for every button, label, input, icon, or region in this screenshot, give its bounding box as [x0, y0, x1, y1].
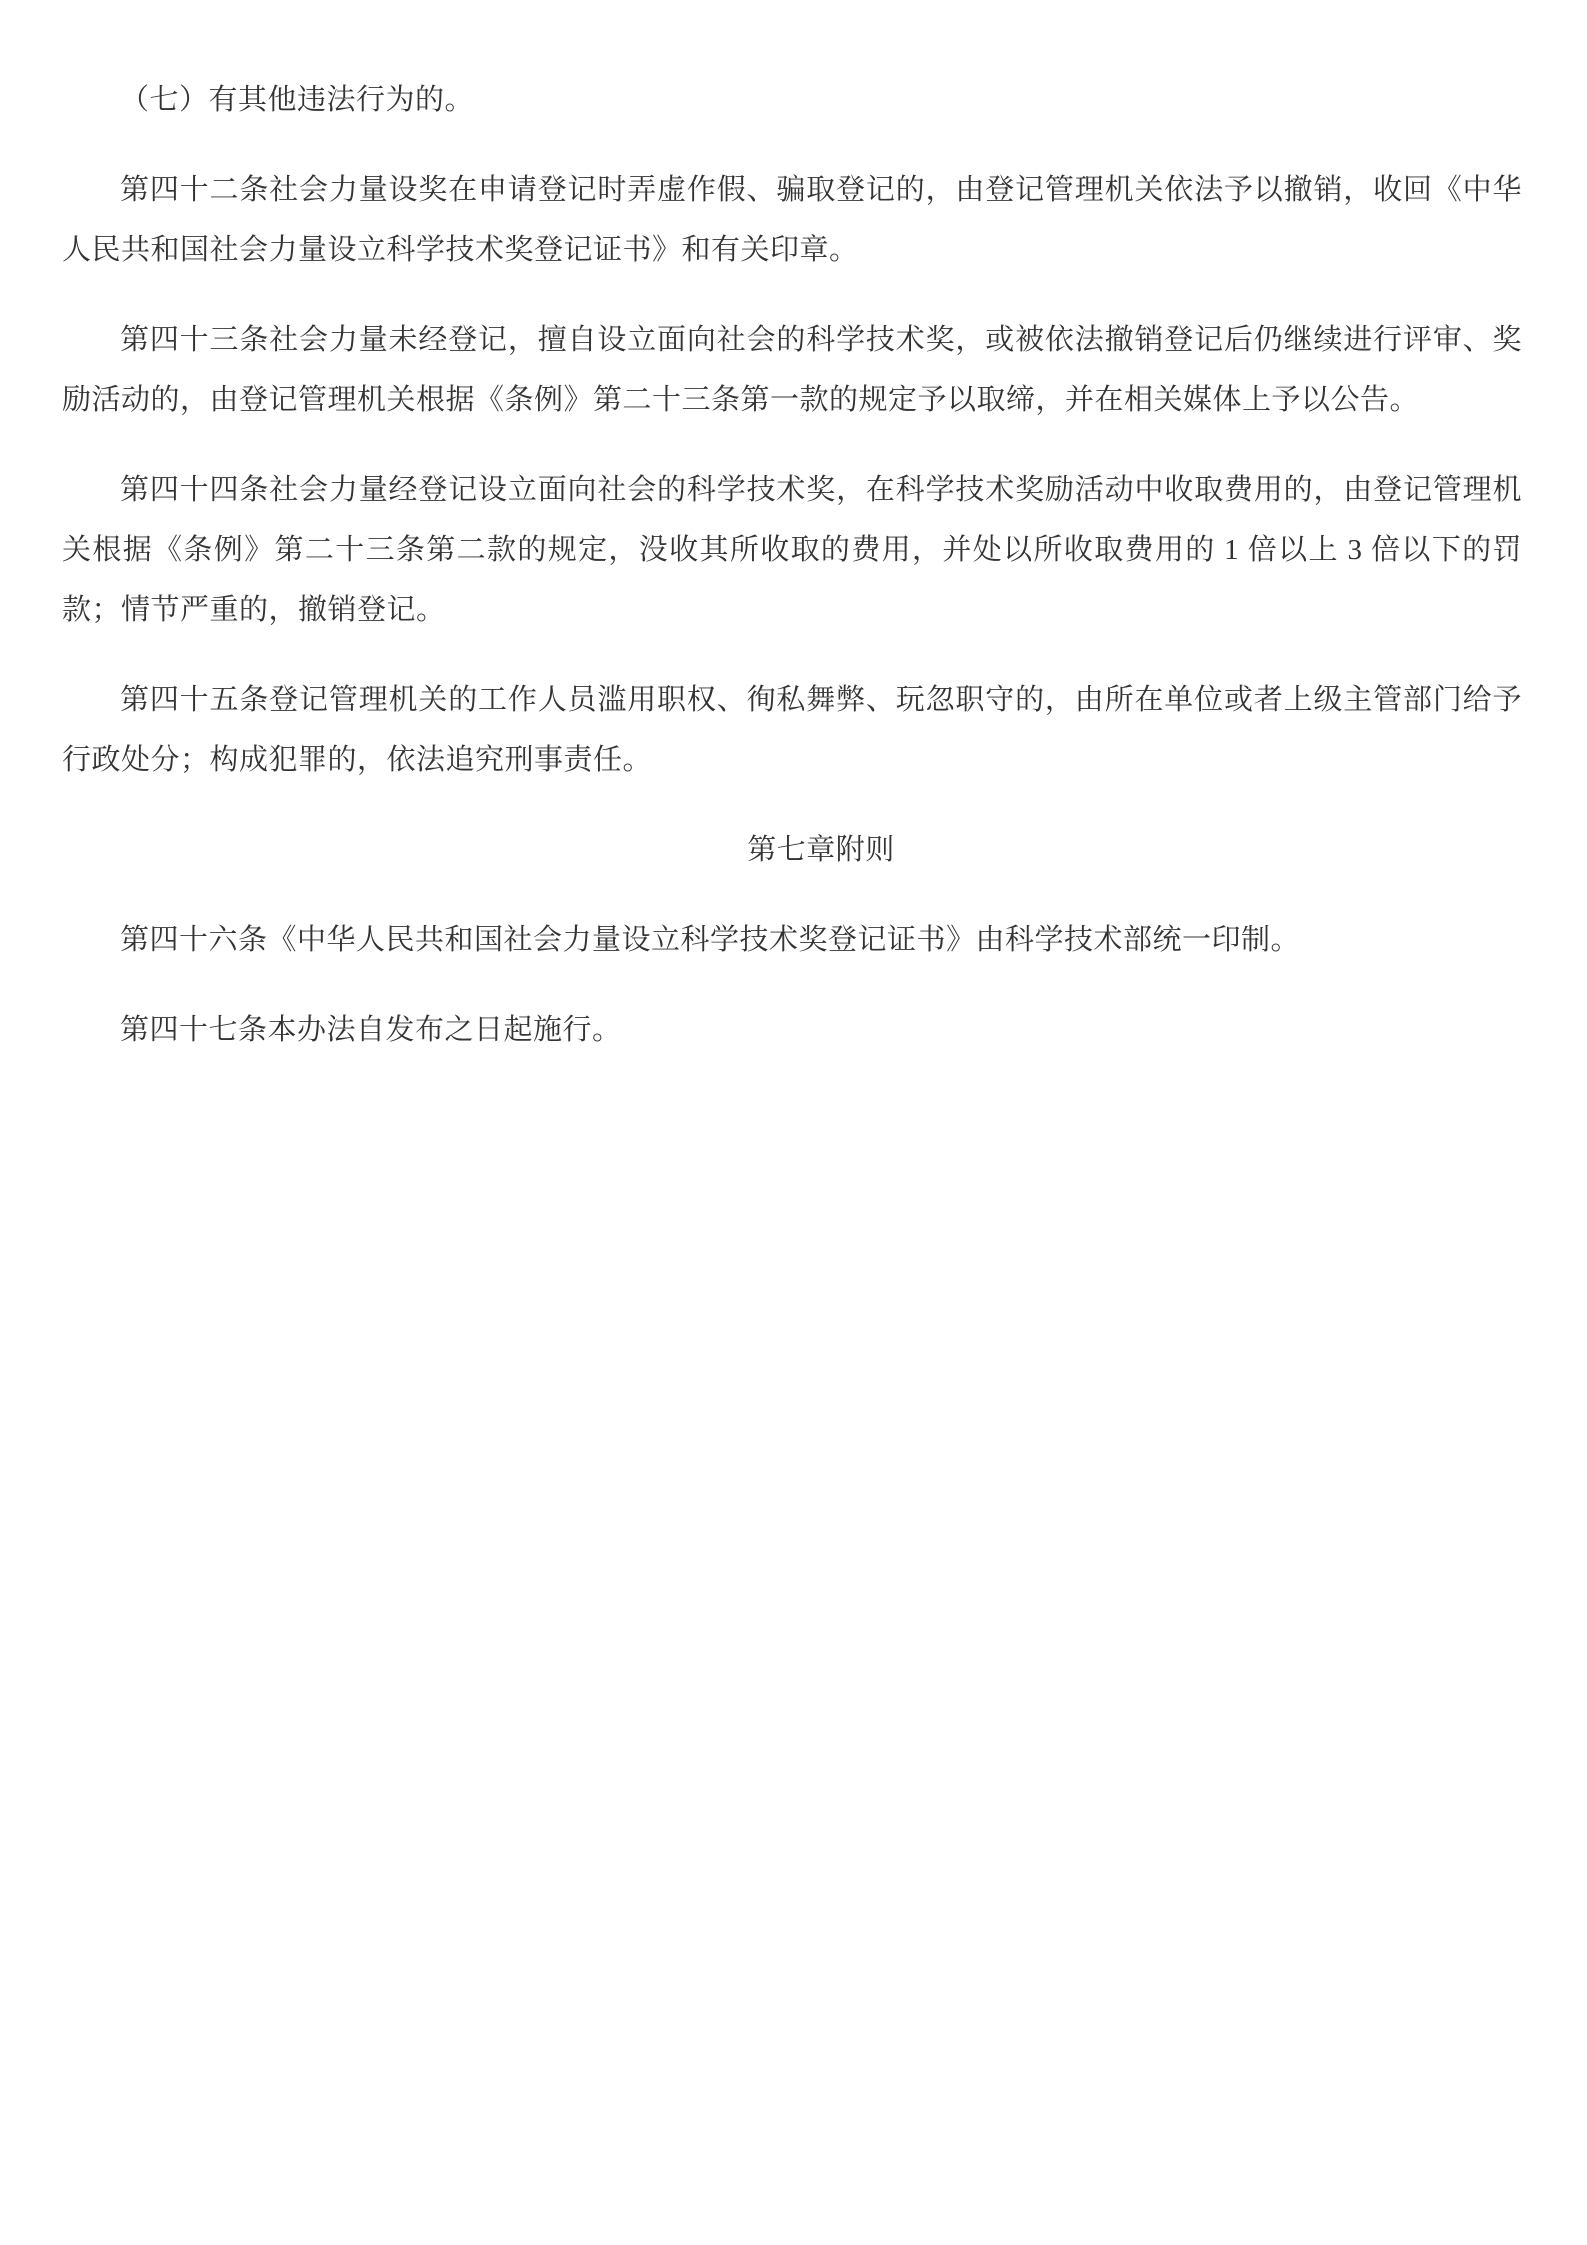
- chapter-heading: 第七章附则: [62, 820, 1522, 880]
- paragraph-clause-44: 第四十四条社会力量经登记设立面向社会的科学技术奖，在科学技术奖励活动中收取费用的…: [62, 460, 1522, 640]
- document-page: （七）有其他违法行为的。 第四十二条社会力量设奖在申请登记时弄虚作假、骗取登记的…: [0, 0, 1587, 2245]
- paragraph-clause-43: 第四十三条社会力量未经登记，擅自设立面向社会的科学技术奖，或被依法撤销登记后仍继…: [62, 310, 1522, 430]
- paragraph-clause-42: 第四十二条社会力量设奖在申请登记时弄虚作假、骗取登记的，由登记管理机关依法予以撤…: [62, 160, 1522, 280]
- paragraph-clause-46: 第四十六条《中华人民共和国社会力量设立科学技术奖登记证书》由科学技术部统一印制。: [62, 910, 1522, 970]
- paragraph-clause-47: 第四十七条本办法自发布之日起施行。: [62, 1000, 1522, 1060]
- paragraph-clause-45: 第四十五条登记管理机关的工作人员滥用职权、徇私舞弊、玩忽职守的，由所在单位或者上…: [62, 670, 1522, 790]
- paragraph-item-7: （七）有其他违法行为的。: [62, 70, 1522, 130]
